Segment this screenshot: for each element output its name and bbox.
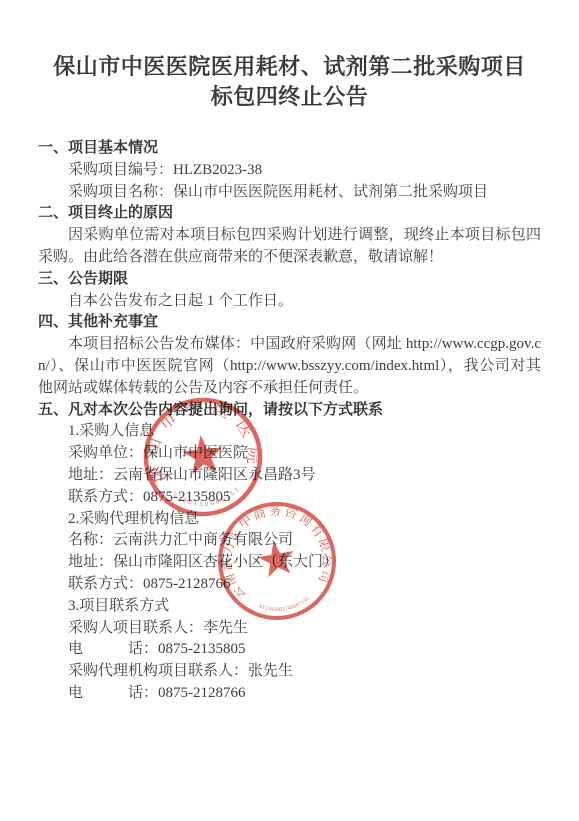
agency-address-line: 地址：保山市隆阳区杏花小区（东大门） xyxy=(38,552,541,574)
agency-phone-line: 联系方式：0875-2128766 xyxy=(38,574,541,596)
agency-contact-phone-line: 电 话：0875-2128766 xyxy=(38,683,541,705)
project-number-line: 采购项目编号：HLZB2023-38 xyxy=(38,160,541,182)
buyer-address-line: 地址：云南省保山市隆阳区永昌路3号 xyxy=(38,465,541,487)
section-heading: 三、公告期限 xyxy=(38,269,541,291)
section-basic-info: 一、项目基本情况 采购项目编号：HLZB2023-38 采购项目名称：保山市中医… xyxy=(38,138,541,203)
buyer-contact-phone-line: 电 话：0875-2135805 xyxy=(38,639,541,661)
section-announcement-period: 三、公告期限 自本公告发布之日起 1 个工作日。 xyxy=(38,269,541,313)
announcement-body: 一、项目基本情况 采购项目编号：HLZB2023-38 采购项目名称：保山市中医… xyxy=(38,138,541,705)
buyer-unit-line: 采购单位：保山市中医医院 xyxy=(38,443,541,465)
termination-reason-paragraph: 因采购单位需对本项目标包四采购计划进行调整，现终止本项目标包四采购。由此给各潜在… xyxy=(38,225,541,269)
supplementary-paragraph: 本项目招标公告发布媒体：中国政府采购网（网址 http://www.ccgp.g… xyxy=(38,334,541,399)
title-line-1: 保山市中医医院医用耗材、试剂第二批采购项目 xyxy=(53,54,526,79)
agency-contact-person-line: 采购代理机构项目联系人：张先生 xyxy=(38,661,541,683)
announcement-page: 保山市中医医院医用耗材、试剂第二批采购项目 标包四终止公告 一、项目基本情况 采… xyxy=(0,0,579,821)
buyer-phone-line: 联系方式：0875-2135805 xyxy=(38,487,541,509)
announcement-period-line: 自本公告发布之日起 1 个工作日。 xyxy=(38,291,541,313)
project-contact-subheading: 3.项目联系方式 xyxy=(38,596,541,618)
section-contact: 五、凡对本次公告内容提出询问，请按以下方式联系 1.采购人信息 采购单位：保山市… xyxy=(38,400,541,705)
section-heading: 五、凡对本次公告内容提出询问，请按以下方式联系 xyxy=(38,400,541,422)
buyer-info-subheading: 1.采购人信息 xyxy=(38,421,541,443)
buyer-contact-person-line: 采购人项目联系人：李先生 xyxy=(38,618,541,640)
section-supplementary: 四、其他补充事宜 本项目招标公告发布媒体：中国政府采购网（网址 http://w… xyxy=(38,312,541,399)
agency-info-subheading: 2.采购代理机构信息 xyxy=(38,509,541,531)
section-heading: 二、项目终止的原因 xyxy=(38,203,541,225)
section-termination-reason: 二、项目终止的原因 因采购单位需对本项目标包四采购计划进行调整，现终止本项目标包… xyxy=(38,203,541,268)
page-title: 保山市中医医院医用耗材、试剂第二批采购项目 标包四终止公告 xyxy=(28,52,551,112)
section-heading: 四、其他补充事宜 xyxy=(38,312,541,334)
section-heading: 一、项目基本情况 xyxy=(38,138,541,160)
title-line-2: 标包四终止公告 xyxy=(211,84,369,109)
agency-name-line: 名称：云南洪力汇中商务有限公司 xyxy=(38,530,541,552)
project-name-line: 采购项目名称：保山市中医医院医用耗材、试剂第二批采购项目 xyxy=(38,182,541,204)
